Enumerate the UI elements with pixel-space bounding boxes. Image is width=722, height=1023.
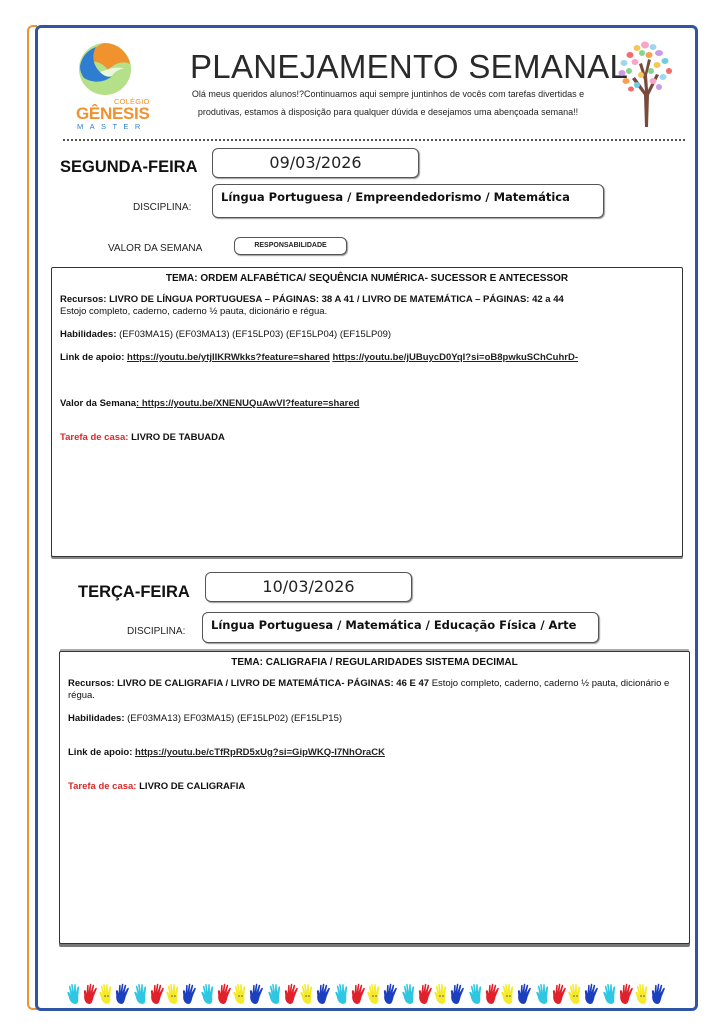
school-logo: COLÉGIO GÊNESIS MASTER: [74, 42, 154, 130]
logo-swirl-icon: [78, 42, 132, 96]
support-link-2[interactable]: https://youtu.be/jUBuycD0YqI?si=oB8pwkuS…: [332, 352, 578, 363]
support-links-row: Link de apoio: https://youtu.be/ytjlIKRW…: [60, 352, 674, 364]
hand-icon: [114, 983, 130, 1005]
resources-label: Recursos:: [68, 678, 114, 689]
hand-icon: [82, 983, 98, 1005]
support-link-1[interactable]: https://youtu.be/ytjlIKRWkks?feature=sha…: [127, 352, 330, 363]
support-link-label: Link de apoio:: [60, 352, 124, 363]
hands-group: [535, 983, 599, 1007]
hands-border-decoration: [66, 983, 666, 1007]
hand-icon: [618, 983, 634, 1005]
skills-label: Habilidades:: [68, 713, 125, 724]
hands-group: [200, 983, 264, 1007]
resources-books: LIVRO DE CALIGRAFIA / LIVRO DE MATEMÁTIC…: [117, 678, 429, 689]
hand-icon: [516, 983, 532, 1005]
disciplina-label: DISCIPLINA:: [133, 202, 191, 213]
hand-icon: [535, 983, 551, 1005]
hand-icon: [417, 983, 433, 1005]
hand-icon: [66, 983, 82, 1005]
disciplina-value: Língua Portuguesa / Empreendedorismo / M…: [213, 185, 603, 204]
disciplina-field-monday: Língua Portuguesa / Empreendedorismo / M…: [212, 184, 604, 218]
hand-icon: [299, 983, 315, 1005]
hands-group: [267, 983, 331, 1007]
hand-icon: [133, 983, 149, 1005]
hand-icon: [583, 983, 599, 1005]
hand-icon: [248, 983, 264, 1005]
hands-group: [133, 983, 197, 1007]
value-link-row: Valor da Semana: https://youtu.be/XNENUQ…: [60, 398, 674, 410]
lesson-box-monday: TEMA: ORDEM ALFABÉTICA/ SEQUÊNCIA NUMÉRI…: [51, 267, 683, 557]
hand-icon: [468, 983, 484, 1005]
support-link-label: Link de apoio:: [68, 747, 132, 758]
date-field-tuesday: 10/03/2026: [205, 572, 412, 602]
skills-row: Habilidades: (EF03MA15) (EF03MA13) (EF15…: [60, 329, 674, 341]
hand-icon: [551, 983, 567, 1005]
date-value: 09/03/2026: [213, 149, 418, 177]
homework-label: Tarefa de casa:: [68, 781, 136, 792]
hands-group: [401, 983, 465, 1007]
hands-group: [602, 983, 666, 1007]
hand-icon: [232, 983, 248, 1005]
header-divider: [63, 139, 685, 141]
hand-icon: [315, 983, 331, 1005]
hand-icon: [350, 983, 366, 1005]
hand-icon: [382, 983, 398, 1005]
disciplina-field-tuesday: Língua Portuguesa / Matemática / Educaçã…: [202, 612, 599, 643]
homework-row: Tarefa de casa: LIVRO DE TABUADA: [60, 432, 674, 444]
hand-icon: [149, 983, 165, 1005]
skills-codes: (EF03MA13) EF03MA15) (EF15LP02) (EF15LP1…: [127, 713, 342, 724]
skills-row: Habilidades: (EF03MA13) EF03MA15) (EF15L…: [68, 713, 681, 725]
resources-materials: Estojo completo, caderno, caderno ½ paut…: [60, 306, 674, 318]
disciplina-label: DISCIPLINA:: [127, 626, 185, 637]
day-label-tuesday: TERÇA-FEIRA: [78, 583, 190, 602]
resources-label: Recursos:: [60, 294, 106, 305]
skills-label: Habilidades:: [60, 329, 117, 340]
support-link-1[interactable]: https://youtu.be/cTfRpRD5xUg?si=GipWKQ-I…: [135, 747, 385, 758]
hand-icon: [433, 983, 449, 1005]
lesson-theme: TEMA: CALIGRAFIA / REGULARIDADES SISTEMA…: [60, 657, 689, 668]
logo-name: GÊNESIS: [76, 104, 149, 124]
lesson-box-tuesday: TEMA: CALIGRAFIA / REGULARIDADES SISTEMA…: [59, 651, 690, 944]
hand-icon: [181, 983, 197, 1005]
hand-icon: [634, 983, 650, 1005]
support-links-row: Link de apoio: https://youtu.be/cTfRpRD5…: [68, 747, 681, 759]
hands-group: [66, 983, 130, 1007]
hand-icon: [500, 983, 516, 1005]
hand-icon: [449, 983, 465, 1005]
hand-icon: [650, 983, 666, 1005]
hand-icon: [200, 983, 216, 1005]
page-title: PLANEJAMENTO SEMANAL: [190, 48, 628, 86]
date-field-monday: 09/03/2026: [212, 148, 419, 178]
homework-label: Tarefa de casa:: [60, 432, 128, 443]
hand-icon: [401, 983, 417, 1005]
disciplina-value: Língua Portuguesa / Matemática / Educaçã…: [203, 613, 598, 632]
hand-icon: [267, 983, 283, 1005]
hands-group: [468, 983, 532, 1007]
colorful-tree-icon: [615, 35, 677, 130]
hands-group: [334, 983, 398, 1007]
date-value: 10/03/2026: [206, 573, 411, 601]
hand-icon: [567, 983, 583, 1005]
hand-icon: [283, 983, 299, 1005]
hand-icon: [98, 983, 114, 1005]
valor-semana-badge: RESPONSABILIDADE: [234, 237, 347, 255]
resources-row: Recursos: LIVRO DE CALIGRAFIA / LIVRO DE…: [68, 678, 681, 702]
logo-subtitle: MASTER: [77, 122, 147, 131]
homework-value: LIVRO DE CALIGRAFIA: [139, 781, 245, 792]
value-link[interactable]: : https://youtu.be/XNENUQuAwVI?feature=s…: [136, 398, 359, 409]
resources-books: LIVRO DE LÍNGUA PORTUGUESA – PÁGINAS: 38…: [109, 294, 564, 305]
valor-semana-label: VALOR DA SEMANA: [108, 243, 202, 254]
hand-icon: [334, 983, 350, 1005]
homework-row: Tarefa de casa: LIVRO DE CALIGRAFIA: [68, 781, 681, 793]
homework-value: LIVRO DE TABUADA: [131, 432, 225, 443]
skills-codes: (EF03MA15) (EF03MA13) (EF15LP03) (EF15LP…: [119, 329, 391, 340]
day-label-monday: SEGUNDA-FEIRA: [60, 158, 198, 177]
valor-semana-value: RESPONSABILIDADE: [235, 238, 346, 253]
value-link-label: Valor da Semana: [60, 398, 136, 409]
resources-row: Recursos: LIVRO DE LÍNGUA PORTUGUESA – P…: [60, 294, 674, 306]
hand-icon: [216, 983, 232, 1005]
hand-icon: [602, 983, 618, 1005]
hand-icon: [366, 983, 382, 1005]
hand-icon: [165, 983, 181, 1005]
lesson-theme: TEMA: ORDEM ALFABÉTICA/ SEQUÊNCIA NUMÉRI…: [52, 273, 682, 284]
hand-icon: [484, 983, 500, 1005]
intro-message: Olá meus queridos alunos!?Continuamos aq…: [188, 85, 588, 121]
